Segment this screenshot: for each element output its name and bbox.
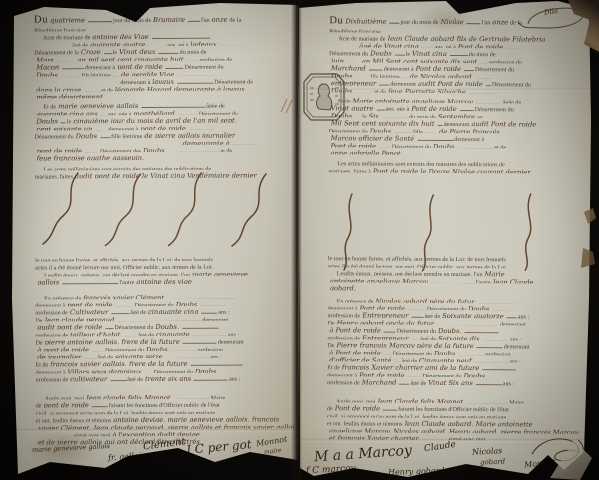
handwritten-text: Vingt Six ans — [428, 379, 473, 385]
signature: gobard — [480, 457, 506, 466]
fill-rule — [112, 74, 118, 77]
handwritten-text: Doubs — [36, 71, 57, 77]
blank-cancelled-area — [35, 177, 294, 250]
text-line: anne gabrielle Penot. — [329, 147, 589, 156]
handwritten-text: même département. — [36, 93, 105, 99]
fill-rule — [92, 349, 104, 352]
handwritten-text: Doubs — [76, 132, 97, 138]
printed-text: âgé de — [127, 377, 143, 381]
text-line: profession decultivateurâgé detrente six… — [36, 373, 295, 382]
printed-text: fils légitime — [82, 73, 111, 77]
text-line: Doubset defeue Pierrette Silvache — [329, 85, 589, 94]
handwritten-text: pont de roide — [43, 401, 88, 407]
signature: Henry gobard — [388, 466, 445, 477]
text-line: feue françoise agathe gassepin. — [35, 152, 294, 161]
fill-rule — [95, 128, 107, 131]
fill-rule — [62, 281, 118, 284]
handwritten-text: Nivôse — [441, 18, 464, 26]
printed-text: de la — [229, 18, 241, 24]
handwritten-text: cultivateur — [70, 376, 107, 382]
printed-text: Maire — [509, 400, 524, 404]
text-line: mariages, faitesaudit pont de roide le V… — [35, 170, 294, 179]
printed-text: de la — [510, 20, 522, 26]
handwritten-text: anne gabrielle Penot. — [331, 149, 403, 156]
handwritten-text: gallois — [37, 278, 59, 284]
printed-text: jour du mois de — [400, 20, 438, 26]
fill-rule — [61, 74, 81, 77]
fill-rule — [62, 66, 84, 69]
fill-rule — [105, 326, 113, 329]
handwritten-text: trente six ans — [145, 375, 191, 381]
signature: fr. gallois. — [108, 451, 149, 463]
fill-rule — [61, 121, 66, 124]
text-line: même département. — [34, 90, 293, 99]
handwritten-text: Brumaire — [153, 16, 185, 24]
fill-rule — [110, 378, 126, 381]
fill-rule — [88, 19, 112, 22]
fill-rule — [101, 113, 107, 116]
handwritten-text: Marchand — [362, 379, 397, 386]
fill-rule — [467, 21, 481, 24]
fill-rule — [57, 59, 75, 62]
handwritten-text: Doubs — [143, 147, 164, 153]
printed-text: et de — [374, 89, 386, 94]
text-line: antoinette angelique Marcoyl'autreJean C… — [328, 275, 588, 284]
fill-rule — [399, 382, 409, 385]
printed-text: profession de — [327, 381, 360, 386]
handwritten-text: audit pont de roide le Vingt cinq Vendém… — [75, 172, 257, 178]
printed-text: ans ; — [229, 377, 240, 381]
fill-rule — [104, 51, 112, 54]
signature: Monnot — [524, 457, 556, 469]
text-line: mariages, faites àPont de roide le Douze… — [328, 165, 588, 174]
signature: Nicolas — [472, 446, 503, 457]
printed-text: Département du — [492, 82, 531, 86]
handwritten-text: antoine des vige — [136, 278, 192, 284]
fill-rule — [100, 135, 110, 138]
printed-text: l'an — [201, 18, 210, 24]
handwritten-text: feue françoise agathe gassepin. — [37, 154, 145, 160]
handwritten-text: léonarde Hozard demeurante à lavaux — [115, 85, 245, 91]
printed-text: demeurant — [500, 322, 526, 326]
handwritten-text: et françois Xavier charrier — [329, 434, 419, 441]
fill-rule — [111, 311, 129, 314]
left-page-content: Duquatriemejour du mois deBrumairel'anon… — [10, 0, 300, 478]
right-page: DuDixhuitièmejour du mois deNivôsel'anon… — [296, 0, 596, 480]
scanned-register-photo: Duquatriemejour du mois deBrumairel'anon… — [0, 0, 599, 480]
fill-rule — [92, 404, 108, 407]
handwritten-text: Dixhuitième — [345, 17, 386, 25]
handwritten-text: feue Pierrette Silvache — [388, 87, 466, 94]
text-line: Duquatriemejour du mois deBrumairel'anon… — [34, 11, 293, 24]
fill-rule — [355, 90, 373, 93]
fill-rule — [85, 150, 99, 153]
handwritten-text: Maçon — [36, 64, 59, 70]
fill-rule — [123, 334, 137, 337]
printed-text: ans ; — [503, 382, 514, 386]
fill-rule — [469, 91, 495, 94]
handwritten-text: Doubs — [36, 118, 57, 124]
printed-text: profession de — [36, 378, 69, 382]
printed-text: l'autre — [119, 280, 134, 284]
blank-cancelled-area — [328, 173, 588, 251]
printed-text: l'an — [482, 20, 491, 26]
right-page-content: DuDixhuitièmejour du mois deNivôsel'anon… — [296, 0, 596, 480]
signature: f C marcoy — [306, 464, 356, 477]
printed-text: et de — [494, 145, 506, 149]
fill-rule — [84, 89, 100, 92]
printed-text: jour du mois de — [113, 18, 151, 24]
printed-text: Du — [34, 14, 48, 24]
handwritten-text: onze — [212, 16, 228, 24]
handwritten-text: marie genevieve — [192, 270, 248, 276]
handwritten-text: quatrieme — [50, 16, 85, 24]
printed-text: fille légitime — [111, 134, 142, 138]
fill-rule — [84, 356, 96, 359]
fill-rule — [37, 434, 73, 437]
text-line: galloisl'autreantoine des vige — [35, 275, 294, 284]
handwritten-text: onze — [492, 18, 508, 26]
printed-text: mariages, faites — [35, 175, 73, 179]
printed-text: Département du — [35, 134, 74, 138]
handwritten-text: gobard. — [330, 284, 356, 291]
printed-text: âgé de — [410, 381, 426, 386]
text-line: gobard. — [328, 282, 588, 291]
left-page: Duquatriemejour du mois deBrumairel'anon… — [10, 0, 300, 478]
fill-rule — [188, 19, 200, 22]
fill-rule — [116, 304, 134, 307]
text-line: profession deMarchandâgé deVingt Six ans… — [327, 377, 587, 386]
fill-rule — [194, 378, 228, 381]
handwritten-text: Doubs — [331, 87, 352, 94]
handwritten-text: Jean Claude — [493, 278, 534, 284]
fill-rule — [389, 21, 399, 24]
corner-note: Dlle — [544, 7, 559, 16]
handwritten-text: Doubs — [433, 142, 454, 148]
fill-rule — [476, 382, 502, 385]
